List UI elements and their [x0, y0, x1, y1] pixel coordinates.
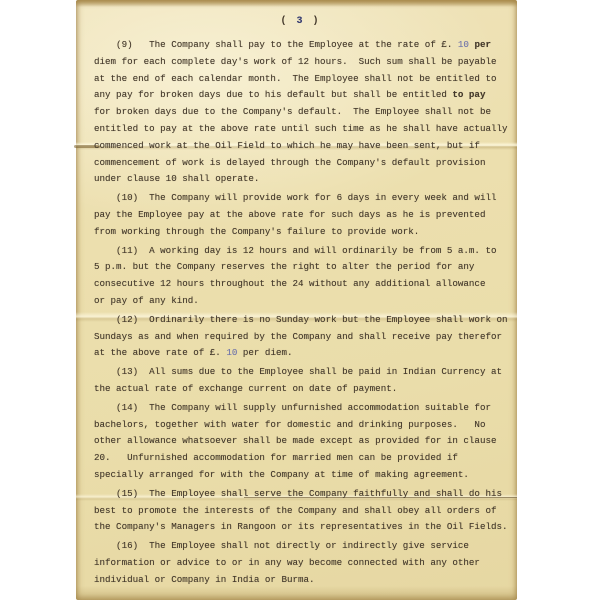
page-content: ( 3 ) (9) The Company shall pay to the E…	[94, 14, 507, 591]
text-line: at the end of each calendar month. The E…	[94, 71, 507, 88]
text-segment: (14) The Company will supply unfurnished…	[94, 402, 491, 413]
text-line: (16) The Employee shall not directly or …	[94, 538, 507, 555]
text-segment: from working through the Company's failu…	[94, 226, 419, 237]
text-line: bachelors, together with water for domes…	[94, 417, 507, 434]
text-line: (10) The Company will provide work for 6…	[94, 190, 507, 207]
text-line: from working through the Company's failu…	[94, 224, 507, 241]
text-segment: (15) The Employee shall serve the Compan…	[94, 488, 502, 499]
text-segment: under clause 10 shall operate.	[94, 173, 259, 184]
clause-10: (10) The Company will provide work for 6…	[94, 190, 507, 240]
text-segment: diem for each complete day's work of 12 …	[94, 56, 496, 67]
text-line: or pay of any kind.	[94, 293, 507, 310]
text-segment: any pay for broken days due to his defau…	[94, 89, 452, 100]
text-segment: at the end of each calendar month. The E…	[94, 73, 496, 84]
text-line: (15) The Employee shall serve the Compan…	[94, 486, 507, 503]
text-line: (13) All sums due to the Employee shall …	[94, 364, 507, 381]
clause-13: (13) All sums due to the Employee shall …	[94, 364, 507, 398]
text-segment: commenced work at the Oil Field to which…	[94, 140, 480, 151]
text-line: under clause 10 shall operate.	[94, 171, 507, 188]
page-number: ( 3 )	[94, 14, 507, 30]
text-segment: (9) The Company shall pay to the Employe…	[94, 39, 458, 50]
clause-14: (14) The Company will supply unfurnished…	[94, 400, 507, 484]
text-segment: per	[474, 39, 491, 50]
scanned-document: ( 3 ) (9) The Company shall pay to the E…	[0, 0, 600, 600]
text-segment: 5 p.m. but the Company reserves the righ…	[94, 261, 474, 272]
text-line: (12) Ordinarily there is no Sunday work …	[94, 312, 507, 329]
clause-9: (9) The Company shall pay to the Employe…	[94, 37, 507, 188]
clause-16: (16) The Employee shall not directly or …	[94, 538, 507, 588]
text-segment: other allowance whatsoever shall be made…	[94, 435, 496, 446]
text-segment: the Company's Managers in Rangoon or its…	[94, 521, 508, 532]
text-segment: per diem.	[237, 347, 292, 358]
clause-15: (15) The Employee shall serve the Compan…	[94, 486, 507, 536]
text-line: pay the Employee pay at the above rate f…	[94, 207, 507, 224]
inline-filled-value: 10	[458, 39, 469, 50]
clause-12: (12) Ordinarily there is no Sunday work …	[94, 312, 507, 362]
text-line: commencement of work is delayed through …	[94, 155, 507, 172]
text-segment: information or advice to or in any way b…	[94, 557, 480, 568]
text-line: specially arranged for with the Company …	[94, 467, 507, 484]
text-line: at the above rate of £. 10 per diem.	[94, 345, 507, 362]
text-line: (14) The Company will supply unfurnished…	[94, 400, 507, 417]
text-line: 5 p.m. but the Company reserves the righ…	[94, 259, 507, 276]
paper-top-edge	[76, 0, 517, 7]
text-line: Sundays as and when required by the Comp…	[94, 329, 507, 346]
text-segment: (12) Ordinarily there is no Sunday work …	[94, 314, 508, 325]
text-segment: (16) The Employee shall not directly or …	[94, 540, 469, 551]
text-line: (11) A working day is 12 hours and will …	[94, 243, 507, 260]
text-segment: entitled to pay at the above rate until …	[94, 123, 508, 134]
text-segment: or pay of any kind.	[94, 295, 199, 306]
text-segment: at the above rate of £.	[94, 347, 226, 358]
text-line: other allowance whatsoever shall be made…	[94, 433, 507, 450]
text-segment: (10) The Company will provide work for 6…	[94, 192, 496, 203]
text-line: (9) The Company shall pay to the Employe…	[94, 37, 507, 54]
text-line: the Company's Managers in Rangoon or its…	[94, 519, 507, 536]
document-page: ( 3 ) (9) The Company shall pay to the E…	[76, 0, 517, 600]
text-line: consecutive 12 hours throughout the 24 w…	[94, 276, 507, 293]
inline-filled-value: 3	[296, 16, 304, 27]
text-line: individual or Company in India or Burma.	[94, 572, 507, 589]
clause-11: (11) A working day is 12 hours and will …	[94, 243, 507, 310]
text-segment: individual or Company in India or Burma.	[94, 574, 315, 585]
text-segment: best to promote the interests of the Com…	[94, 505, 496, 516]
text-segment: the actual rate of exchange current on d…	[94, 383, 397, 394]
text-line: entitled to pay at the above rate until …	[94, 121, 507, 138]
text-segment: 20. Unfurnished accommodation for marrie…	[94, 452, 458, 463]
text-segment: bachelors, together with water for domes…	[94, 419, 485, 430]
text-line: the actual rate of exchange current on d…	[94, 381, 507, 398]
text-line: best to promote the interests of the Com…	[94, 503, 507, 520]
text-line: any pay for broken days due to his defau…	[94, 87, 507, 104]
text-segment: )	[305, 16, 321, 27]
clause-lines: (9) The Company shall pay to the Employe…	[94, 37, 507, 589]
text-line: commenced work at the Oil Field to which…	[94, 138, 507, 155]
text-segment: pay the Employee pay at the above rate f…	[94, 209, 485, 220]
text-segment: commencement of work is delayed through …	[94, 157, 485, 168]
text-line: for broken days due to the Company's def…	[94, 104, 507, 121]
text-segment: specially arranged for with the Company …	[94, 469, 469, 480]
text-segment: (13) All sums due to the Employee shall …	[94, 366, 502, 377]
text-line: information or advice to or in any way b…	[94, 555, 507, 572]
text-line: diem for each complete day's work of 12 …	[94, 54, 507, 71]
text-segment: Sundays as and when required by the Comp…	[94, 331, 502, 342]
text-segment: (	[280, 16, 296, 27]
text-segment: (11) A working day is 12 hours and will …	[94, 245, 496, 256]
text-segment: for broken days due to the Company's def…	[94, 106, 491, 117]
text-line: 20. Unfurnished accommodation for marrie…	[94, 450, 507, 467]
text-segment: consecutive 12 hours throughout the 24 w…	[94, 278, 485, 289]
inline-filled-value: 10	[226, 347, 237, 358]
text-segment: to pay	[452, 89, 485, 100]
